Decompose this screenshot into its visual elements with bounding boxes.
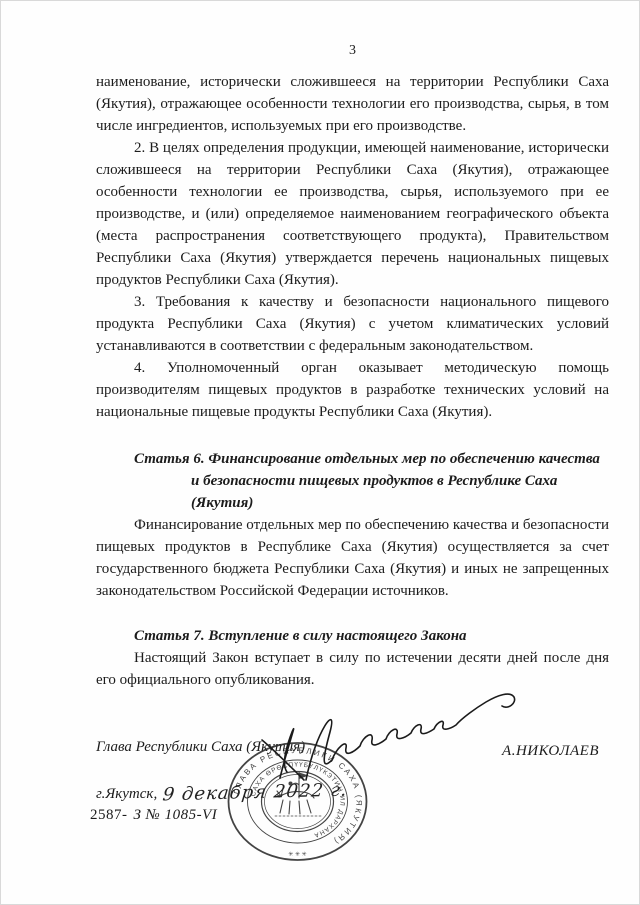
place-label: г.Якутск, [96, 786, 157, 802]
paragraph: наименование, исторически сложившееся на… [96, 71, 609, 137]
document-page: 3 наименование, исторически сложившееся … [0, 0, 640, 905]
paragraph: 4. Уполномоченный орган оказывает методи… [96, 357, 609, 423]
document-number: 2587-З № 1085-VI [90, 807, 217, 824]
page-number: 3 [96, 43, 609, 59]
article-7-heading: Статья 7. Вступление в силу настоящего З… [96, 625, 609, 647]
paragraph: 3. Требования к качеству и безопасности … [96, 291, 609, 357]
document-body: наименование, исторически сложившееся на… [96, 71, 609, 691]
document-number-suffix: З № 1085-VI [134, 807, 218, 823]
article-6-heading-line-1: Статья 6. Финансирование отдельных мер п… [96, 448, 609, 470]
document-number-prefix: 2587- [90, 807, 128, 823]
article-7-body: Настоящий Закон вступает в силу по истеч… [96, 647, 609, 691]
paragraph: 2. В целях определения продукции, имеюще… [96, 137, 609, 291]
seal-separators: ✳ ✳ ✳ [288, 851, 306, 858]
handwritten-signature [246, 688, 531, 783]
article-6-body: Финансирование отдельных мер по обеспече… [96, 514, 609, 602]
article-6-heading-line-2: и безопасности пищевых продуктов в Респу… [96, 470, 609, 514]
